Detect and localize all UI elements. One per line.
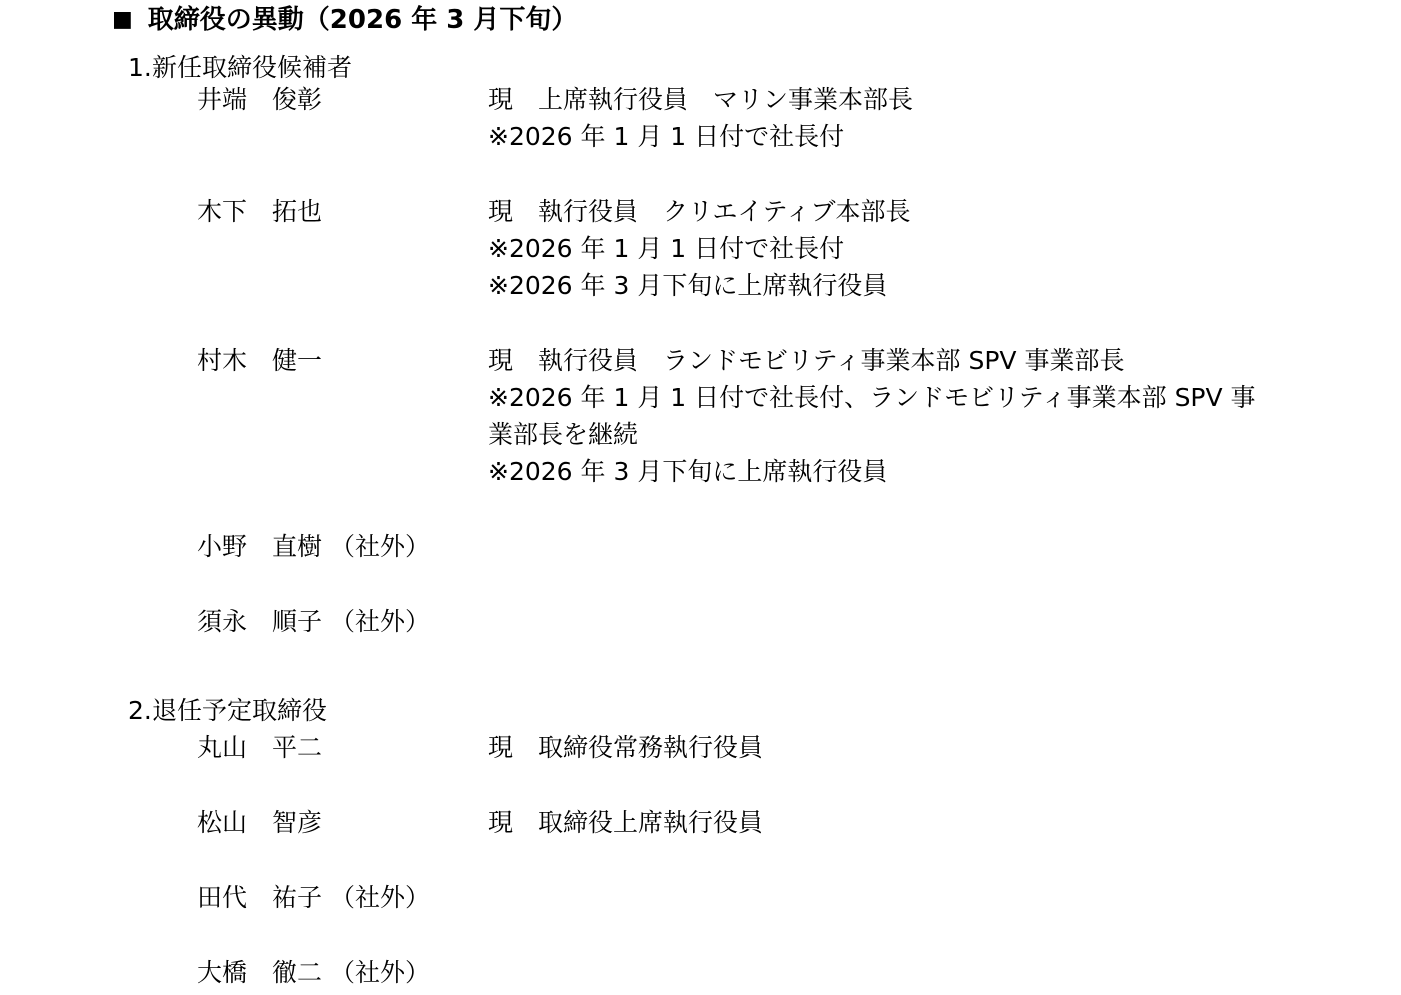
director-name: 須永 順子（社外） [197, 603, 488, 640]
director-name-text: 大橋 徹二 [197, 958, 322, 987]
director-entry: 村木 健一 現 執行役員 ランドモビリティ事業本部 SPV 事業部長 ※2026… [197, 342, 1401, 490]
director-name-text: 田代 祐子 [197, 883, 322, 912]
director-name: 小野 直樹（社外） [197, 528, 488, 565]
director-entry: 木下 拓也 現 執行役員 クリエイティブ本部長 ※2026 年 1 月 1 日付… [197, 193, 1401, 304]
director-name-text: 須永 順子 [197, 607, 322, 636]
note-line: ※2026 年 1 月 1 日付で社長付 [488, 118, 1401, 155]
director-current-position: 現 取締役上席執行役員 [488, 804, 1401, 841]
section-1-heading-label: 新任取締役候補者 [152, 53, 352, 82]
note-line: ※2026 年 1 月 1 日付で社長付 [488, 230, 1401, 267]
document-title: 取締役の異動（2026 年 3 月下旬） [148, 2, 578, 38]
position-line: 現 執行役員 クリエイティブ本部長 [488, 193, 1401, 230]
outside-director-label: （社外） [330, 883, 430, 912]
director-entry: 松山 智彦 現 取締役上席執行役員 [197, 804, 1401, 841]
director-name-text: 小野 直樹 [197, 532, 322, 561]
director-entry: 田代 祐子（社外） [197, 879, 1401, 916]
outside-director-label: （社外） [330, 958, 430, 987]
position-line: 現 取締役上席執行役員 [488, 804, 1401, 841]
director-name: 木下 拓也 [197, 193, 488, 230]
director-current-position: 現 取締役常務執行役員 [488, 729, 1401, 766]
document-page: ■ 取締役の異動（2026 年 3 月下旬） 1.新任取締役候補者 井端 俊彰 … [0, 0, 1401, 995]
black-square-bullet-icon: ■ [112, 9, 133, 31]
director-name: 大橋 徹二（社外） [197, 954, 488, 991]
note-line: ※2026 年 3 月下旬に上席執行役員 [488, 267, 1401, 304]
note-line-continuation: 業部長を継続 [488, 416, 1401, 453]
director-name: 松山 智彦 [197, 804, 488, 841]
director-current-position: 現 上席執行役員 マリン事業本部長 ※2026 年 1 月 1 日付で社長付 [488, 81, 1401, 155]
document-title-row: ■ 取締役の異動（2026 年 3 月下旬） [112, 2, 1401, 38]
director-entry: 丸山 平二 現 取締役常務執行役員 [197, 729, 1401, 766]
section-1-number: 1. [128, 49, 152, 86]
position-line: 現 執行役員 ランドモビリティ事業本部 SPV 事業部長 [488, 342, 1401, 379]
section-2-heading-label: 退任予定取締役 [152, 696, 327, 725]
section-2-number: 2. [128, 692, 152, 729]
director-name: 丸山 平二 [197, 729, 488, 766]
director-current-position: 現 執行役員 クリエイティブ本部長 ※2026 年 1 月 1 日付で社長付 ※… [488, 193, 1401, 304]
director-current-position: 現 執行役員 ランドモビリティ事業本部 SPV 事業部長 ※2026 年 1 月… [488, 342, 1401, 490]
outside-director-label: （社外） [330, 532, 430, 561]
director-name: 田代 祐子（社外） [197, 879, 488, 916]
position-line: 現 取締役常務執行役員 [488, 729, 1401, 766]
director-name: 村木 健一 [197, 342, 488, 379]
section-2-heading: 2.退任予定取締役 [128, 692, 1401, 729]
position-line: 現 上席執行役員 マリン事業本部長 [488, 81, 1401, 118]
note-line: ※2026 年 1 月 1 日付で社長付、ランドモビリティ事業本部 SPV 事 [488, 379, 1401, 416]
director-entry: 小野 直樹（社外） [197, 528, 1401, 565]
director-entry: 井端 俊彰 現 上席執行役員 マリン事業本部長 ※2026 年 1 月 1 日付… [197, 81, 1401, 155]
note-line: ※2026 年 3 月下旬に上席執行役員 [488, 453, 1401, 490]
director-name: 井端 俊彰 [197, 81, 488, 118]
director-entry: 大橋 徹二（社外） [197, 954, 1401, 991]
director-entry: 須永 順子（社外） [197, 603, 1401, 640]
outside-director-label: （社外） [330, 607, 430, 636]
